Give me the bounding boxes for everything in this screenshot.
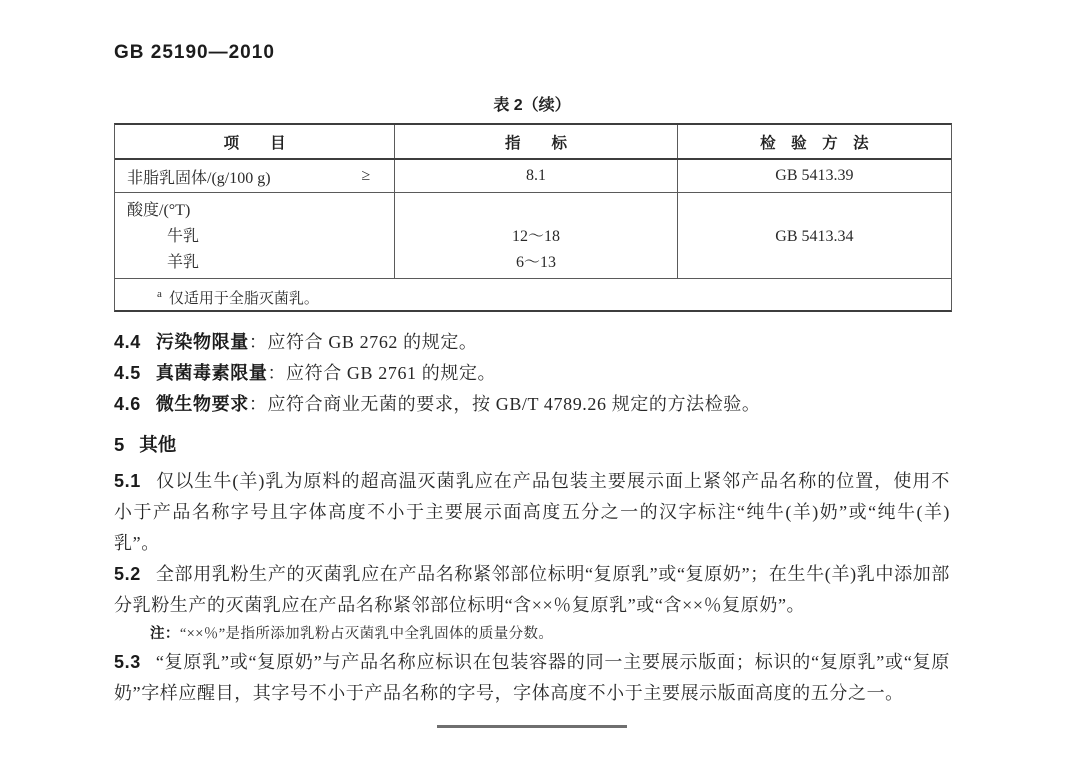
clause-text: ：应符合 GB 2762 的规定。 <box>249 332 478 352</box>
clause-keyword: 污染物限量 <box>156 332 249 352</box>
clause-number: 4.5 <box>114 363 141 383</box>
clause-5-1: 5.1仅以生牛(羊)乳为原料的超高温灭菌乳应在产品包装主要展示面上紧邻产品名称的… <box>114 466 950 559</box>
column-header-item: 项 目 <box>115 125 394 158</box>
clause-4-4: 4.4污染物限量：应符合 GB 2762 的规定。 <box>114 327 950 358</box>
clause-number: 5.1 <box>114 471 141 491</box>
acidity-method: GB 5413.34 <box>678 224 951 250</box>
section-number: 5 <box>114 434 124 455</box>
acidity-goat-milk-value: 6～13 <box>395 250 677 276</box>
empty-cell-line <box>395 198 677 224</box>
clause-keyword: 真菌毒素限量 <box>156 363 268 383</box>
table-row-acidity: 酸度/(°T) 牛乳 羊乳 12～18 6～13 GB 5413.34 <box>115 193 951 279</box>
clause-number: 5.3 <box>114 652 141 672</box>
clause-5-3: 5.3“复原乳”或“复原奶”与产品名称应标识在包装容器的同一主要展示版面；标识的… <box>114 647 950 709</box>
acidity-cow-milk-value: 12～18 <box>395 224 677 250</box>
clause-number: 4.6 <box>114 394 141 414</box>
clause-keyword: 微生物要求 <box>156 394 249 414</box>
note-text: “××％”是指所添加乳粉占灭菌乳中全乳固体的质量分数。 <box>180 626 554 642</box>
acidity-indicator-cell: 12～18 6～13 <box>394 193 677 278</box>
note-label: 注： <box>150 626 180 642</box>
section-5-heading: 5其他 <box>114 430 950 460</box>
table-footnote-row: a仅适用于全脂灭菌乳。 <box>115 279 951 310</box>
nonfat-solids-method: GB 5413.39 <box>677 160 951 192</box>
column-header-indicator: 指 标 <box>394 125 677 158</box>
nonfat-solids-value: 8.1 <box>394 160 677 192</box>
page-content: GB 25190—2010 表 2（续） 项 目 指 标 检 验 方 法 非脂乳… <box>0 42 1080 728</box>
clause-4-5: 4.5真菌毒素限量：应符合 GB 2761 的规定。 <box>114 358 950 389</box>
clause-5-2: 5.2全部用乳粉生产的灭菌乳应在产品名称紧邻部位标明“复原乳”或“复原奶”；在生… <box>114 559 950 621</box>
column-header-test-method: 检 验 方 法 <box>677 125 951 158</box>
document-page: GB 25190—2010 表 2（续） 项 目 指 标 检 验 方 法 非脂乳… <box>0 0 1080 757</box>
footnote-marker: a <box>157 288 162 300</box>
clause-text: “复原乳”或“复原奶”与产品名称应标识在包装容器的同一主要展示版面；标识的“复原… <box>114 652 950 703</box>
acidity-group-label: 酸度/(°T) <box>127 198 394 224</box>
clause-text: ：应符合 GB 2761 的规定。 <box>267 363 496 383</box>
empty-cell-line <box>678 250 951 276</box>
table-header-row: 项 目 指 标 检 验 方 法 <box>115 125 951 160</box>
table-2-continued: 项 目 指 标 检 验 方 法 非脂乳固体/(g/100 g) ≥ 8.1 GB… <box>114 123 952 312</box>
acidity-cow-milk-label: 牛乳 <box>127 224 394 250</box>
acidity-goat-milk-label: 羊乳 <box>127 250 394 276</box>
table-caption: 表 2（续） <box>114 92 950 114</box>
acidity-method-cell: GB 5413.34 <box>677 193 951 278</box>
acidity-item-cell: 酸度/(°T) 牛乳 羊乳 <box>115 193 394 278</box>
clause-number: 5.2 <box>114 564 141 584</box>
standard-number: GB 25190—2010 <box>114 42 950 66</box>
clause-number: 4.4 <box>114 332 141 352</box>
clause-text: 仅以生牛(羊)乳为原料的超高温灭菌乳应在产品包装主要展示面上紧邻产品名称的位置，… <box>114 471 950 553</box>
nonfat-solids-item-cell: 非脂乳固体/(g/100 g) ≥ <box>115 160 394 192</box>
nonfat-solids-label: 非脂乳固体/(g/100 g) <box>127 165 271 188</box>
section-title: 其他 <box>139 434 176 455</box>
clause-4-6: 4.6微生物要求：应符合商业无菌的要求，按 GB/T 4789.26 规定的方法… <box>114 389 950 420</box>
table-row-nonfat-milk-solids: 非脂乳固体/(g/100 g) ≥ 8.1 GB 5413.39 <box>115 160 951 193</box>
empty-cell-line <box>678 198 951 224</box>
end-of-document-rule <box>437 725 627 728</box>
clause-text: ：应符合商业无菌的要求，按 GB/T 4789.26 规定的方法检验。 <box>249 394 761 414</box>
table-footnote: a仅适用于全脂灭菌乳。 <box>115 279 951 315</box>
clause-text: 全部用乳粉生产的灭菌乳应在产品名称紧邻部位标明“复原乳”或“复原奶”；在生牛(羊… <box>114 564 950 615</box>
greater-equal-operator: ≥ <box>361 167 370 185</box>
footnote-text: 仅适用于全脂灭菌乳。 <box>169 291 319 307</box>
note-under-5-2: 注：“××％”是指所添加乳粉占灭菌乳中全乳固体的质量分数。 <box>114 621 950 647</box>
